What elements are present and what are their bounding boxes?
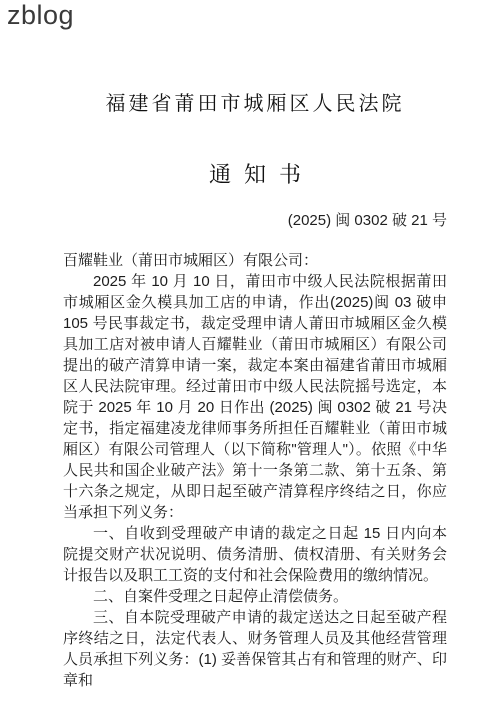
paragraph-duty-3: 三、自本院受理破产申请的裁定送达之日起至破产程序终结之日，法定代表人、财务管理人… xyxy=(63,607,447,691)
recipient-line: 百耀鞋业（莆田市城厢区）有限公司： xyxy=(63,250,447,271)
site-logo[interactable]: zblog xyxy=(7,0,74,31)
paragraph-intro: 2025 年 10 月 10 日，莆田市中级人民法院根据莆田市城厢区金久模具加工… xyxy=(63,271,447,523)
page: zblog 福建省莆田市城厢区人民法院 通知书 (2025) 闽 0302 破 … xyxy=(0,0,500,707)
case-number: (2025) 闽 0302 破 21 号 xyxy=(63,210,447,231)
notice-document: 福建省莆田市城厢区人民法院 通知书 (2025) 闽 0302 破 21 号 百… xyxy=(63,92,447,691)
court-name: 福建省莆田市城厢区人民法院 xyxy=(63,92,447,116)
paragraph-duty-2: 二、自案件受理之日起停止清偿债务。 xyxy=(63,586,447,607)
paragraph-duty-1: 一、自收到受理破产申请的裁定之日起 15 日内向本院提交财产状况说明、债务清册、… xyxy=(63,523,447,586)
document-body: 百耀鞋业（莆田市城厢区）有限公司： 2025 年 10 月 10 日，莆田市中级… xyxy=(63,250,447,691)
document-title: 通知书 xyxy=(63,160,447,190)
